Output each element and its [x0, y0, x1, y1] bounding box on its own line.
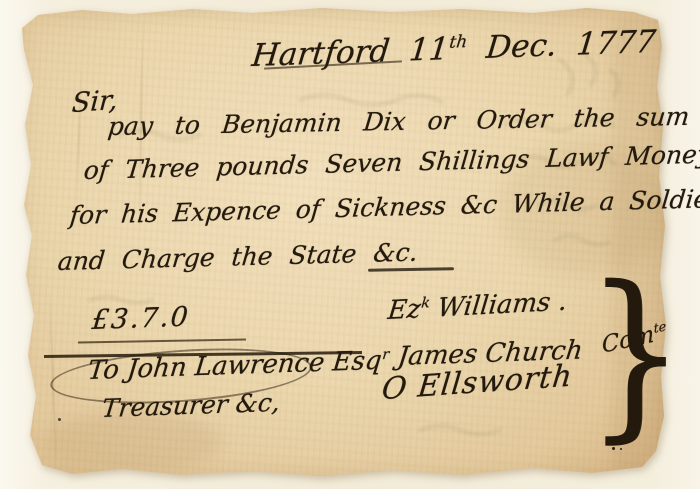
- ink-speck: [14, 204, 19, 220]
- amount-figure: £3.7.0: [91, 302, 192, 337]
- committee-brace-flourish: }: [586, 262, 684, 444]
- scanned-manuscript-image: { "page": { "background_color": "#f2ebd7…: [0, 0, 700, 489]
- committee-superscript: te: [653, 318, 666, 336]
- dateline-ordinal: th: [448, 32, 468, 53]
- signature-text: Ez: [386, 294, 422, 326]
- addressee-superscript: r: [381, 347, 390, 363]
- dateline-month-year: Dec. 1777: [465, 24, 658, 67]
- ink-speck: [58, 418, 61, 421]
